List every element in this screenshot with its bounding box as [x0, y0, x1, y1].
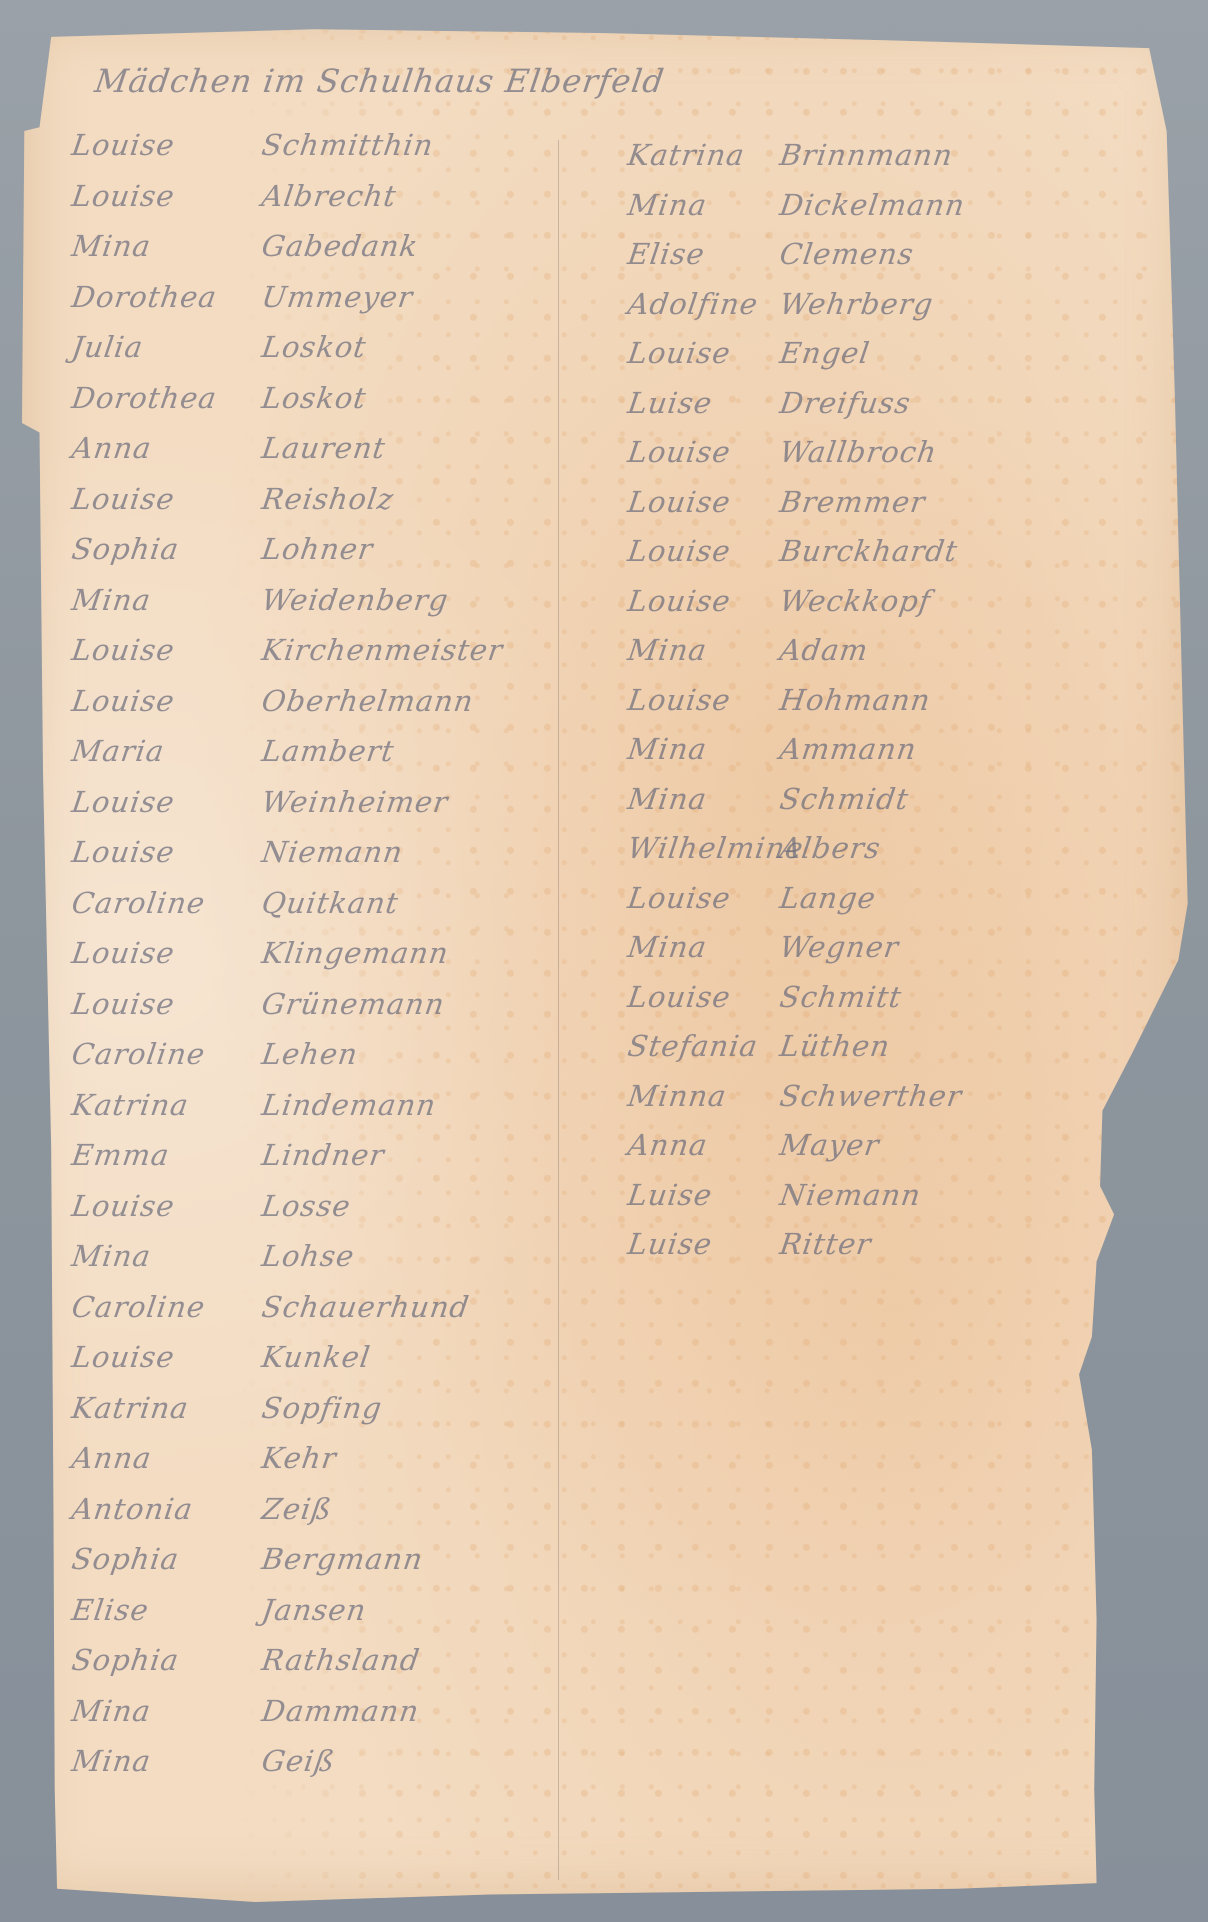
first-name: Luise [626, 1178, 715, 1212]
last-name: Schauerhund [260, 1290, 472, 1324]
first-name: Caroline [70, 1290, 208, 1324]
last-name: Dickelmann [778, 188, 968, 222]
last-name: Burckhardt [778, 534, 960, 568]
last-name: Ummeyer [260, 280, 416, 314]
last-name: Bergmann [260, 1542, 426, 1576]
first-name: Mina [70, 583, 154, 617]
first-name: Anna [626, 1128, 710, 1162]
first-name: Maria [70, 734, 167, 768]
last-name: Schmidt [778, 782, 912, 816]
last-name: Sopfing [260, 1391, 385, 1425]
first-name: Louise [70, 936, 177, 970]
first-name: Sophia [70, 532, 182, 566]
first-name: Minna [626, 1079, 729, 1113]
last-name: Rathsland [260, 1643, 423, 1677]
last-name: Oberhelmann [260, 684, 476, 718]
first-name: Dorothea [70, 381, 220, 415]
first-name: Louise [626, 881, 733, 915]
first-name: Mina [626, 782, 710, 816]
last-name: Albrecht [260, 179, 399, 213]
last-name: Weinheimer [260, 785, 451, 819]
first-name: Mina [626, 188, 710, 222]
first-name: Louise [70, 684, 177, 718]
first-name: Antonia [70, 1492, 196, 1526]
last-name: Jansen [260, 1593, 369, 1627]
last-name: Klingemann [260, 936, 452, 970]
first-name: Mina [626, 633, 710, 667]
first-name: Adolfine [626, 287, 761, 321]
last-name: Niemann [778, 1178, 924, 1212]
last-name: Geiß [260, 1744, 338, 1778]
last-name: Wehrberg [778, 287, 936, 321]
last-name: Dreifuss [778, 386, 914, 420]
last-name: Lange [778, 881, 879, 915]
last-name: Clemens [778, 237, 917, 271]
fold-line [558, 140, 559, 1880]
first-name: Louise [626, 485, 733, 519]
last-name: Ritter [778, 1227, 874, 1261]
first-name: Louise [70, 128, 177, 162]
last-name: Lindemann [260, 1088, 439, 1122]
first-name: Mina [70, 1694, 154, 1728]
first-name: Caroline [70, 886, 208, 920]
first-name: Louise [70, 633, 177, 667]
first-name: Mina [70, 229, 154, 263]
last-name: Weckkopf [778, 584, 934, 618]
first-name: Katrina [626, 138, 747, 172]
first-name: Mina [626, 930, 710, 964]
last-name: Kunkel [260, 1340, 373, 1374]
last-name: Schmitt [778, 980, 905, 1014]
first-name: Katrina [70, 1391, 191, 1425]
last-name: Kirchenmeister [260, 633, 506, 667]
last-name: Lambert [260, 734, 397, 768]
last-name: Weidenberg [260, 583, 451, 617]
first-name: Louise [70, 179, 177, 213]
first-name: Louise [626, 683, 733, 717]
last-name: Lohse [260, 1239, 357, 1273]
first-name: Louise [70, 482, 177, 516]
first-name: Elise [70, 1593, 152, 1627]
first-name: Katrina [70, 1088, 191, 1122]
last-name: Zeiß [260, 1492, 335, 1526]
last-name: Schwerther [778, 1079, 965, 1113]
last-name: Ammann [778, 732, 919, 766]
first-name: Luise [626, 1227, 715, 1261]
last-name: Niemann [260, 835, 406, 869]
first-name: Louise [70, 1340, 177, 1374]
first-name: Louise [70, 785, 177, 819]
last-name: Bremmer [778, 485, 928, 519]
first-name: Luise [626, 386, 715, 420]
first-name: Louise [626, 584, 733, 618]
first-name: Sophia [70, 1643, 182, 1677]
first-name: Elise [626, 237, 708, 271]
last-name: Lüthen [778, 1029, 893, 1063]
last-name: Lohner [260, 532, 376, 566]
last-name: Gabedank [260, 229, 421, 263]
last-name: Loskot [260, 330, 369, 364]
first-name: Louise [626, 980, 733, 1014]
last-name: Losse [260, 1189, 353, 1223]
first-name: Mina [70, 1744, 154, 1778]
last-name: Kehr [260, 1441, 339, 1475]
last-name: Grünemann [260, 987, 447, 1021]
last-name: Schmitthin [260, 128, 436, 162]
first-name: Mina [70, 1239, 154, 1273]
last-name: Loskot [260, 381, 369, 415]
last-name: Albers [778, 831, 883, 865]
last-name: Adam [778, 633, 871, 667]
first-name: Caroline [70, 1037, 208, 1071]
first-name: Louise [70, 987, 177, 1021]
last-name: Lehen [260, 1037, 361, 1071]
last-name: Laurent [260, 431, 388, 465]
first-name: Louise [626, 435, 733, 469]
first-name: Louise [626, 336, 733, 370]
first-name: Sophia [70, 1542, 182, 1576]
list-header: Mädchen im Schulhaus Elberfeld [92, 62, 667, 100]
last-name: Engel [778, 336, 873, 370]
last-name: Brinnmann [778, 138, 956, 172]
first-name: Stefania [626, 1029, 761, 1063]
first-name: Louise [626, 534, 733, 568]
first-name: Julia [70, 330, 146, 364]
first-name: Louise [70, 835, 177, 869]
last-name: Mayer [778, 1128, 882, 1162]
first-name: Anna [70, 431, 154, 465]
last-name: Wegner [778, 930, 902, 964]
first-name: Anna [70, 1441, 154, 1475]
last-name: Reisholz [260, 482, 397, 516]
first-name: Dorothea [70, 280, 220, 314]
last-name: Dammann [260, 1694, 422, 1728]
last-name: Lindner [260, 1138, 387, 1172]
first-name: Emma [70, 1138, 172, 1172]
last-name: Wallbroch [778, 435, 940, 469]
last-name: Quitkant [260, 886, 401, 920]
first-name: Louise [70, 1189, 177, 1223]
first-name: Mina [626, 732, 710, 766]
last-name: Hohmann [778, 683, 933, 717]
